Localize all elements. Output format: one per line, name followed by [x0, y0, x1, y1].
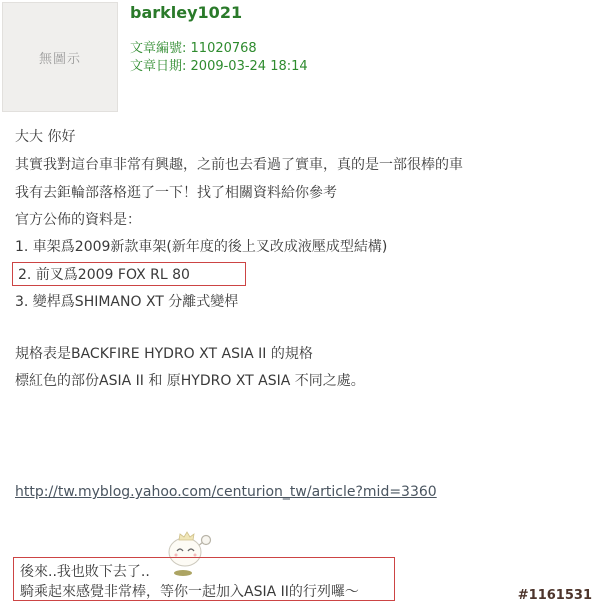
spec-list-item-3: 3. 變桿爲SHIMANO XT 分離式變桿 [15, 291, 238, 311]
highlight-box-closing: 後來..我也敗下去了.. 騎乘起來感覺非常棒，等你一起加入ASIA II的行列囉… [13, 557, 395, 601]
post-id-value: 11020768 [191, 41, 257, 56]
highlight-box-fork: 2. 前叉爲2009 FOX RL 80 [12, 262, 246, 286]
closing-line-1: 後來..我也敗下去了.. [20, 561, 150, 581]
closing-line-2: 騎乘起來感覺非常棒，等你一起加入ASIA II的行列囉～ [20, 581, 359, 601]
post-id-label: 文章編號: [130, 41, 186, 56]
post-paragraph: 我有去鉅輪部落格逛了一下！找了相關資料給你參考 [15, 182, 337, 202]
avatar-placeholder-label: 無圖示 [39, 48, 81, 67]
post-date-label: 文章日期: [130, 59, 186, 74]
post-paragraph: 官方公佈的資料是： [15, 209, 141, 229]
forum-post-page: 無圖示 barkley1021 文章編號: 11020768 文章日期: 200… [0, 0, 596, 607]
username-link[interactable]: barkley1021 [130, 3, 242, 22]
post-number-watermark: #1161531 [518, 588, 592, 603]
spec-note: 規格表是BACKFIRE HYDRO XT ASIA II 的規格 [15, 343, 313, 363]
spec-list-item-2: 2. 前叉爲2009 FOX RL 80 [13, 264, 190, 284]
post-id-row: 文章編號: 11020768 [130, 37, 257, 56]
post-date-row: 文章日期: 2009-03-24 18:14 [130, 55, 308, 74]
blog-link[interactable]: http://tw.myblog.yahoo.com/centurion_tw/… [15, 484, 437, 500]
spec-list-item-1: 1. 車架爲2009新款車架(新年度的後上叉改成液壓成型結構) [15, 236, 387, 256]
post-date-value: 2009-03-24 18:14 [191, 59, 308, 74]
post-paragraph: 其實我對這台車非常有興趣，之前也去看過了實車，真的是一部很棒的車 [15, 154, 463, 174]
post-greeting: 大大 你好 [15, 126, 75, 146]
spec-note: 標紅色的部份ASIA II 和 原HYDRO XT ASIA 不同之處。 [15, 370, 365, 390]
avatar-placeholder: 無圖示 [2, 2, 118, 112]
